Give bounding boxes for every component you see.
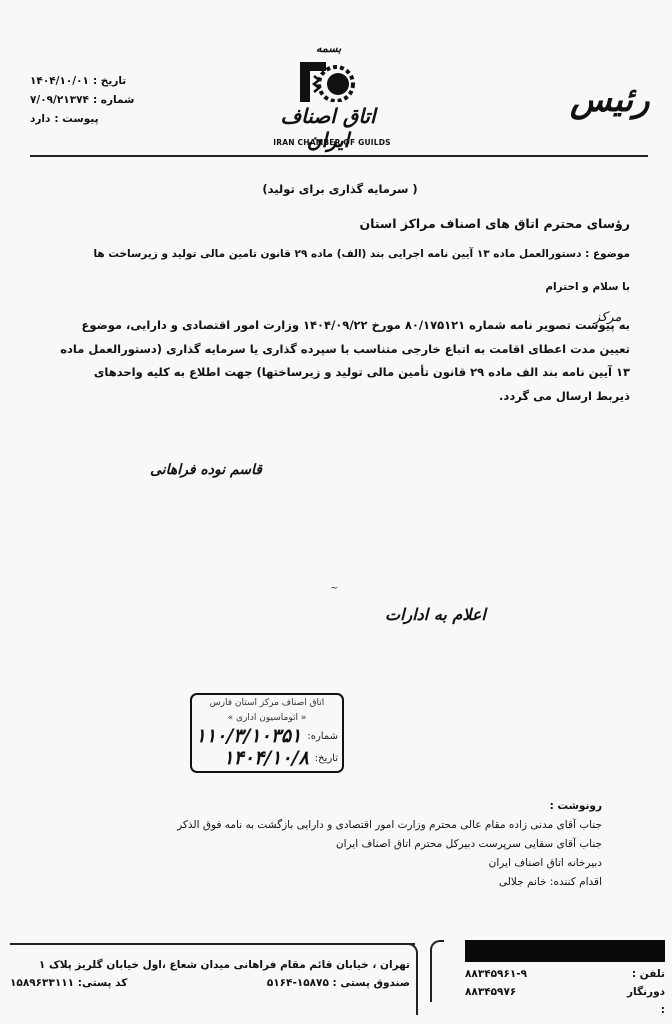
cc-block: رونوشت : جناب آقای مدنی زاده مقام عالی م… — [150, 797, 602, 892]
stamp-date-row: تاریخ: ۱۴۰۴/۱۰/۸ — [198, 747, 338, 769]
footer-frame-corner — [430, 940, 444, 1002]
stamp-number-value: ۱۱۰/۳/۱۰۳۵۱ — [196, 725, 302, 747]
body-paragraph: به پیوست تصویر نامه شماره ۸۰/۱۷۵۱۲۱ مورخ… — [60, 314, 630, 408]
date-label: تاریخ : — [93, 72, 126, 91]
footer-contact: تلفن : ۸۸۳۴۵۹۶۱-۹ دورنگار : ۸۸۳۴۵۹۷۶ — [465, 965, 665, 1019]
header-divider — [30, 155, 648, 157]
meta-date: تاریخ : ۱۴۰۴/۱۰/۰۱ — [30, 72, 155, 91]
number-label: شماره : — [93, 91, 134, 110]
signature: قاسم نوده فراهانی — [150, 462, 262, 478]
stamp-system: « اتوماسیون اداری » — [192, 713, 342, 723]
subject-line: موضوع : دستورالعمل ماده ۱۳ آیین نامه اجر… — [50, 248, 630, 260]
stamp-org: اتاق اصناف مرکز استان فارس — [192, 698, 342, 708]
po-box-label: صندوق پستی : — [333, 977, 410, 989]
stamp-number-label: شماره: — [307, 731, 338, 742]
po-box-value: ۱۵۸۷۵-۵۱۶۴ — [267, 977, 329, 989]
stamp-number-row: شماره: ۱۱۰/۳/۱۰۳۵۱ — [198, 725, 338, 747]
campaign-slogan: ( سرمایه گذاری برای تولید) — [240, 182, 440, 196]
small-scribble: ~ — [330, 583, 338, 594]
postal-code: کد پستی: ۱۵۸۹۶۳۳۱۱۱ — [10, 974, 127, 992]
cc-line: اقدام کننده: خانم جلالی — [150, 873, 602, 892]
po-box: صندوق پستی : ۱۵۸۷۵-۵۱۶۴ — [267, 974, 410, 992]
phone-row: تلفن : ۸۸۳۴۵۹۶۱-۹ — [465, 965, 665, 983]
footer-divider — [10, 943, 415, 945]
phone-label: تلفن : — [620, 965, 665, 983]
attachment-label: پیوست : — [54, 110, 98, 129]
calligraphy-title: رئیس — [570, 80, 650, 120]
postal-row: صندوق پستی : ۱۵۸۷۵-۵۱۶۴ کد پستی: ۱۵۸۹۶۳۳… — [10, 974, 410, 992]
attachment-value: دارد — [30, 110, 50, 129]
addressee: رؤسای محترم اتاق های اصناف مراکز استان — [200, 216, 630, 231]
postal-code-label: کد پستی: — [78, 977, 128, 989]
invocation-text: بسمه — [316, 42, 341, 55]
footer-address: تهران ، خیابان قائم مقام فراهانی میدان ش… — [10, 956, 410, 992]
fax-value: ۸۸۳۴۵۹۷۶ — [465, 983, 620, 1019]
handwritten-referral-note: اعلام به ادارات — [385, 605, 486, 624]
fax-label: دورنگار : — [620, 983, 665, 1019]
number-value: ۷/۰۹/۲۱۳۷۴ — [30, 91, 89, 110]
cc-line: جناب آقای سقایی سرپرست دبیرکل محترم اتاق… — [150, 835, 602, 854]
cc-title: رونوشت : — [150, 797, 602, 816]
letter-page: بسمه اتاق اصناف ایران IRAN CHAMBER OF GU… — [0, 0, 672, 1024]
date-value: ۱۴۰۴/۱۰/۰۱ — [30, 72, 89, 91]
meta-number: شماره : ۷/۰۹/۲۱۳۷۴ — [30, 91, 155, 110]
org-name-english: IRAN CHAMBER OF GUILDS — [262, 138, 402, 147]
fax-row: دورنگار : ۸۸۳۴۵۹۷۶ — [465, 983, 665, 1019]
postal-code-value: ۱۵۸۹۶۳۳۱۱۱ — [10, 977, 74, 989]
iran-chamber-of-guilds-logo-icon — [300, 62, 356, 102]
stamp-date-label: تاریخ: — [315, 753, 338, 764]
stamp-date-value: ۱۴۰۴/۱۰/۸ — [223, 747, 308, 769]
letter-meta: تاریخ : ۱۴۰۴/۱۰/۰۱ شماره : ۷/۰۹/۲۱۳۷۴ پی… — [30, 72, 155, 129]
redaction-bar — [465, 940, 665, 962]
phone-value: ۸۸۳۴۵۹۶۱-۹ — [465, 965, 620, 983]
address-line: تهران ، خیابان قائم مقام فراهانی میدان ش… — [10, 956, 410, 974]
cc-line: جناب آقای مدنی زاده مقام عالی محترم وزار… — [150, 816, 602, 835]
registration-stamp: اتاق اصناف مرکز استان فارس « اتوماسیون ا… — [190, 693, 344, 773]
cc-line: دبیرخانه اتاق اصناف ایران — [150, 854, 602, 873]
greeting: با سلام و احترام — [400, 281, 630, 293]
meta-attachment: پیوست : دارد — [30, 110, 155, 129]
